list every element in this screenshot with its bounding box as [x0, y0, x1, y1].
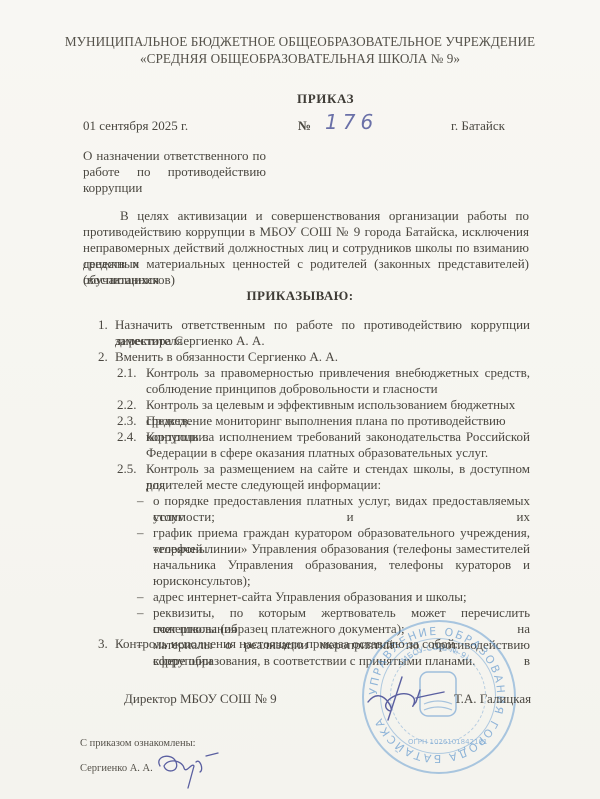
- subject-line: работе по противодействию: [83, 164, 266, 180]
- bullet-line: «горячей линии» Управления образования (…: [153, 541, 530, 557]
- sub-item-2-2: 2.2. Контроль за целевым и эффективным и…: [117, 397, 530, 413]
- sub-item-number: 2.2.: [117, 397, 137, 413]
- preamble-line: неправомерных действий должностных лиц и…: [83, 240, 529, 256]
- director-signature-icon: [358, 672, 448, 722]
- item-number: 2.: [98, 349, 108, 365]
- bullet-item: – график приема граждан куратором образо…: [137, 525, 530, 589]
- item-line: Вменить в обязанности Сергиенко А. А.: [115, 349, 530, 365]
- document-title: ПРИКАЗ: [297, 91, 354, 107]
- sub-item-2-5: 2.5. Контроль за размещением на сайте и …: [117, 461, 530, 493]
- preamble-line: противодействию коррупции в МБОУ СОШ № 9…: [83, 224, 529, 240]
- bullet-line: адрес интернет-сайта Управления образова…: [153, 589, 530, 605]
- item-line: Назначить ответственным по работе по про…: [115, 317, 530, 333]
- sub-item-2-1: 2.1. Контроль за правомерностью привлече…: [117, 365, 530, 397]
- subject-line: коррупции: [83, 180, 266, 196]
- bullet-item: – адрес интернет-сайта Управления образо…: [137, 589, 530, 605]
- sub-item-line: Контроль за размещением на сайте и стенд…: [146, 461, 530, 477]
- signatory-position: Директор МБОУ СОШ № 9: [124, 691, 277, 707]
- sub-item-number: 2.4.: [117, 429, 137, 445]
- document-city: г. Батайск: [451, 118, 505, 134]
- dash-bullet: –: [137, 605, 144, 621]
- sub-item-2-3: 2.3. Проведение мониторинг выполнения пл…: [117, 413, 530, 429]
- document-date: 01 сентября 2025 г.: [83, 118, 188, 134]
- sub-item-number: 2.5.: [117, 461, 137, 477]
- order-heading: ПРИКАЗЫВАЮ:: [0, 288, 600, 304]
- sub-item-number: 2.3.: [117, 413, 137, 429]
- svg-text:ОГРН 1026101842101: ОГРН 1026101842101: [408, 738, 487, 746]
- item-line: директора Сергиенко А. А.: [115, 333, 530, 349]
- sub-item-line: Контроль за правомерностью привлечения в…: [146, 365, 530, 381]
- item-number: 1.: [98, 317, 108, 333]
- bullet-line: о порядке предоставления платных услуг, …: [153, 493, 530, 509]
- sub-item-line: Контроль за целевым и эффективным исполь…: [146, 397, 530, 413]
- bullet-line: начальника Управления образования, телеф…: [153, 557, 530, 573]
- number-label: №: [298, 118, 311, 134]
- document-subject: О назначении ответственного по работе по…: [83, 148, 266, 196]
- dash-bullet: –: [137, 525, 144, 541]
- acknowledged-person: Сергиенко А. А.: [80, 763, 153, 774]
- document-page: МУНИЦИПАЛЬНОЕ БЮДЖЕТНОЕ ОБЩЕОБРАЗОВАТЕЛЬ…: [0, 0, 600, 799]
- order-item-2: 2. Вменить в обязанности Сергиенко А. А.: [98, 349, 530, 365]
- order-item-1: 1. Назначить ответственным по работе по …: [98, 317, 530, 349]
- institution-name-line1: МУНИЦИПАЛЬНОЕ БЮДЖЕТНОЕ ОБЩЕОБРАЗОВАТЕЛЬ…: [0, 33, 600, 50]
- item-line: Контроль исполнения настоящего приказа о…: [115, 636, 458, 652]
- sub-item-2-4: 2.4. Контроль за исполнением требований …: [117, 429, 530, 461]
- sub-item-line: родителей месте следующей информации:: [146, 477, 530, 493]
- bullet-line: реквизиты, по которым жертвователь может…: [153, 605, 530, 621]
- dash-bullet: –: [137, 589, 144, 605]
- subject-line: О назначении ответственного по: [83, 148, 266, 164]
- institution-name-line2: «СРЕДНЯЯ ОБЩЕОБРАЗОВАТЕЛЬНАЯ ШКОЛА № 9»: [0, 50, 600, 67]
- bullet-line: юрисконсультов);: [153, 573, 530, 589]
- bullet-line: график приема граждан куратором образова…: [153, 525, 530, 541]
- document-number-handwritten: 176: [325, 110, 378, 134]
- item-number: 3.: [98, 636, 108, 652]
- preamble-line: средств и материальных ценностей с родит…: [83, 256, 529, 272]
- preamble-line: (воспитанников): [83, 272, 529, 288]
- preamble-paragraph: В целях активизации и совершенствования …: [83, 208, 529, 288]
- sub-item-line: Контроль за исполнением требований закон…: [146, 429, 530, 445]
- preamble-line: В целях активизации и совершенствования …: [83, 208, 529, 224]
- sub-item-line: Проведение мониторинг выполнения плана п…: [146, 413, 530, 429]
- bullet-item: – о порядке предоставления платных услуг…: [137, 493, 530, 525]
- employee-signature-icon: [152, 748, 222, 793]
- signatory-name: Т.А. Галицкая: [454, 691, 531, 707]
- sub-item-number: 2.1.: [117, 365, 137, 381]
- sub-item-line: соблюдение принципов добровольности и гл…: [146, 381, 530, 397]
- dash-bullet: –: [137, 493, 144, 509]
- sub-item-line: Федерации в сфере оказания платных образ…: [146, 445, 530, 461]
